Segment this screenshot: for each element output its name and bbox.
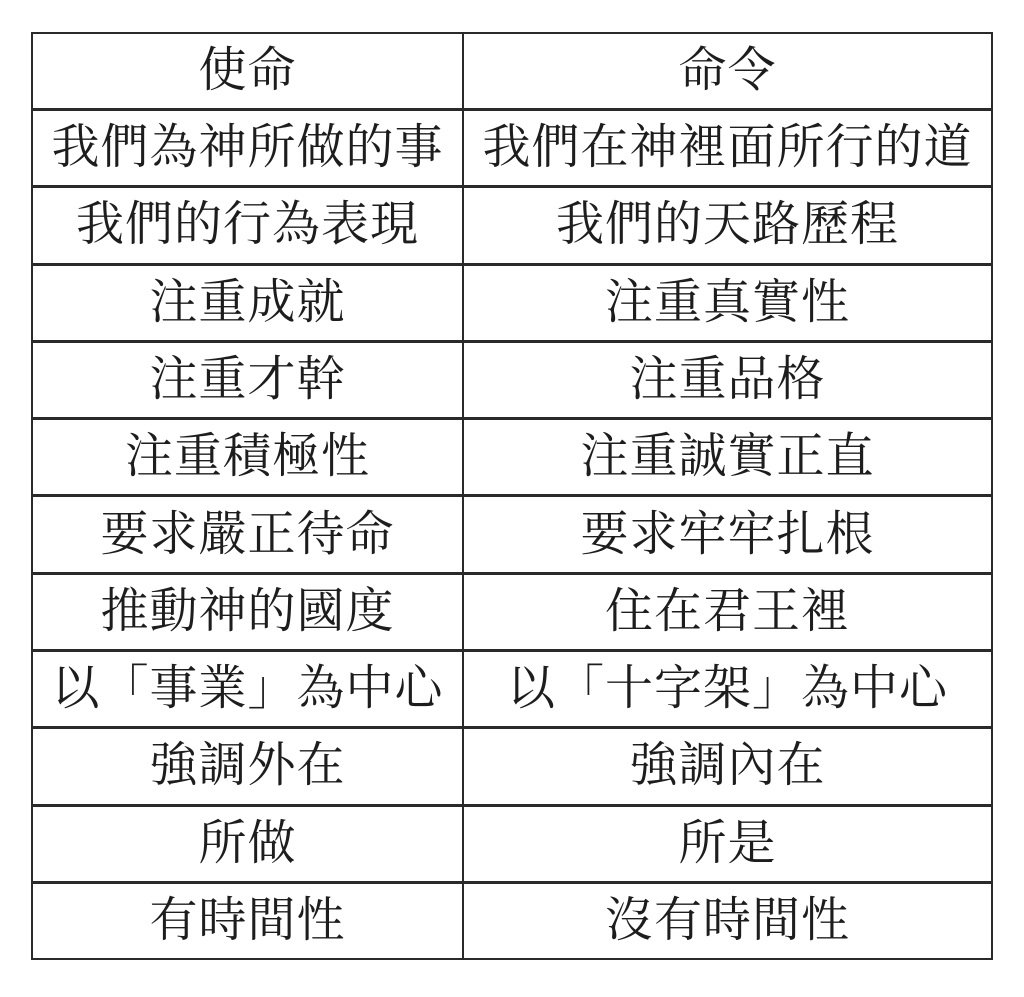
page: 使命 命令 我們為神所做的事 我們在神裡面所行的道 我們的行為表現 我們的天路歷… (0, 0, 1024, 997)
command-cell: 沒有時間性 (463, 882, 992, 959)
table-row: 我們為神所做的事 我們在神裡面所行的道 (32, 110, 992, 187)
mission-cell: 推動神的國度 (32, 573, 463, 650)
command-cell: 我們在神裡面所行的道 (463, 110, 992, 187)
mission-cell: 我們為神所做的事 (32, 110, 463, 187)
mission-cell: 有時間性 (32, 882, 463, 959)
mission-cell: 以「事業」為中心 (32, 651, 463, 728)
column-header-mission: 使命 (32, 33, 463, 110)
table-header-row: 使命 命令 (32, 33, 992, 110)
mission-cell: 注重才幹 (32, 341, 463, 418)
table-row: 注重積極性 注重誠實正直 (32, 419, 992, 496)
table-row: 注重成就 注重真實性 (32, 264, 992, 341)
table-row: 推動神的國度 住在君王裡 (32, 573, 992, 650)
table-row: 要求嚴正待命 要求牢牢扎根 (32, 496, 992, 573)
command-cell: 所是 (463, 805, 992, 882)
table-row: 注重才幹 注重品格 (32, 341, 992, 418)
command-cell: 注重誠實正直 (463, 419, 992, 496)
command-cell: 要求牢牢扎根 (463, 496, 992, 573)
table-row: 有時間性 沒有時間性 (32, 882, 992, 959)
command-cell: 我們的天路歷程 (463, 187, 992, 264)
command-cell: 注重真實性 (463, 264, 992, 341)
command-cell: 注重品格 (463, 341, 992, 418)
table-row: 強調外在 強調內在 (32, 728, 992, 805)
mission-cell: 強調外在 (32, 728, 463, 805)
mission-cell: 所做 (32, 805, 463, 882)
column-header-command: 命令 (463, 33, 992, 110)
mission-cell: 注重成就 (32, 264, 463, 341)
table-row: 以「事業」為中心 以「十字架」為中心 (32, 651, 992, 728)
table-row: 我們的行為表現 我們的天路歷程 (32, 187, 992, 264)
mission-cell: 注重積極性 (32, 419, 463, 496)
mission-cell: 我們的行為表現 (32, 187, 463, 264)
mission-vs-command-table: 使命 命令 我們為神所做的事 我們在神裡面所行的道 我們的行為表現 我們的天路歷… (31, 32, 993, 960)
command-cell: 強調內在 (463, 728, 992, 805)
command-cell: 以「十字架」為中心 (463, 651, 992, 728)
table-row: 所做 所是 (32, 805, 992, 882)
command-cell: 住在君王裡 (463, 573, 992, 650)
mission-cell: 要求嚴正待命 (32, 496, 463, 573)
